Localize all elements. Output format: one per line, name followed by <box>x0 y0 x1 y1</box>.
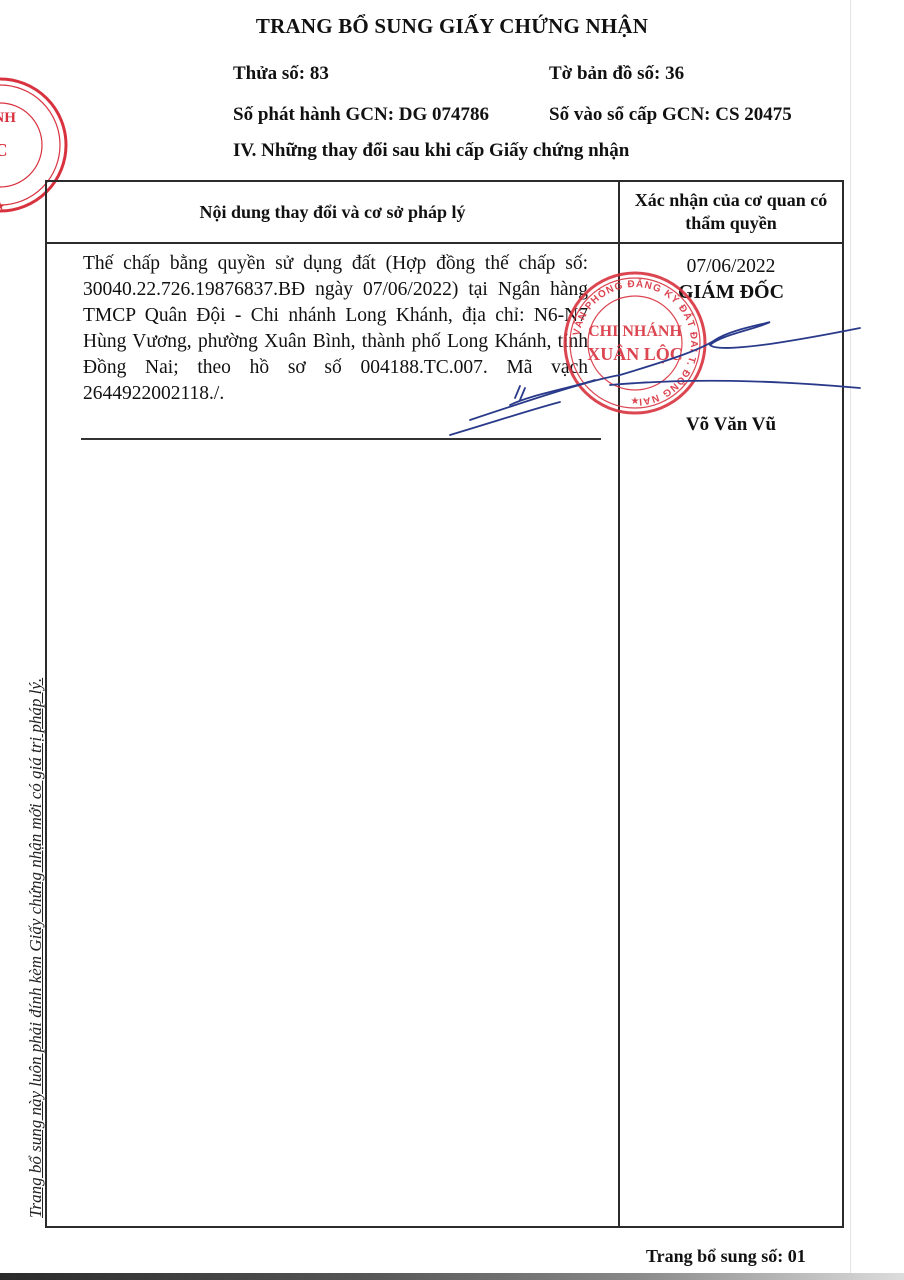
certificate-register-number: Số vào sổ cấp GCN: CS 20475 <box>549 104 792 126</box>
page-title: TRANG BỔ SUNG GIẤY CHỨNG NHẬN <box>0 14 904 39</box>
scan-bottom-shadow <box>0 1273 904 1280</box>
column-divider <box>618 182 620 1226</box>
header-content-column: Nội dung thay đổi và cơ sở pháp lý <box>47 182 618 242</box>
header-confirmation-column: Xác nhận của cơ quan có thẩm quyền <box>620 182 842 242</box>
changes-table: Nội dung thay đổi và cơ sở pháp lý Xác n… <box>45 180 844 1228</box>
section-heading: IV. Những thay đổi sau khi cấp Giấy chứn… <box>233 140 629 162</box>
confirmation-block: 07/06/2022 GIÁM ĐỐC <box>620 254 842 304</box>
certificate-issue-number: Số phát hành GCN: DG 074786 <box>233 104 489 126</box>
map-sheet-number: Tờ bản đồ số: 36 <box>549 63 684 85</box>
svg-text:★: ★ <box>0 201 5 213</box>
change-entry-content: Thế chấp bằng quyền sử dụng đất (Hợp đồn… <box>83 251 588 407</box>
signer-name: Võ Văn Vũ <box>620 414 842 436</box>
parcel-number: Thửa số: 83 <box>233 63 329 85</box>
signer-title: GIÁM ĐỐC <box>620 280 842 304</box>
svg-text:NHÁNH: NHÁNH <box>0 109 16 126</box>
certificate-supplement-page: TRANG BỔ SUNG GIẤY CHỨNG NHẬN Thửa số: 8… <box>0 0 904 1280</box>
header-divider <box>47 242 842 244</box>
side-legal-note: Trang bổ sung này luôn phải đính kèm Giấ… <box>26 678 46 1218</box>
confirmation-date: 07/06/2022 <box>620 254 842 280</box>
scan-edge <box>850 0 851 1280</box>
entry-end-rule <box>81 438 601 440</box>
supplement-page-number: Trang bổ sung số: 01 <box>646 1246 806 1267</box>
svg-text:LỘC: LỘC <box>0 139 8 160</box>
